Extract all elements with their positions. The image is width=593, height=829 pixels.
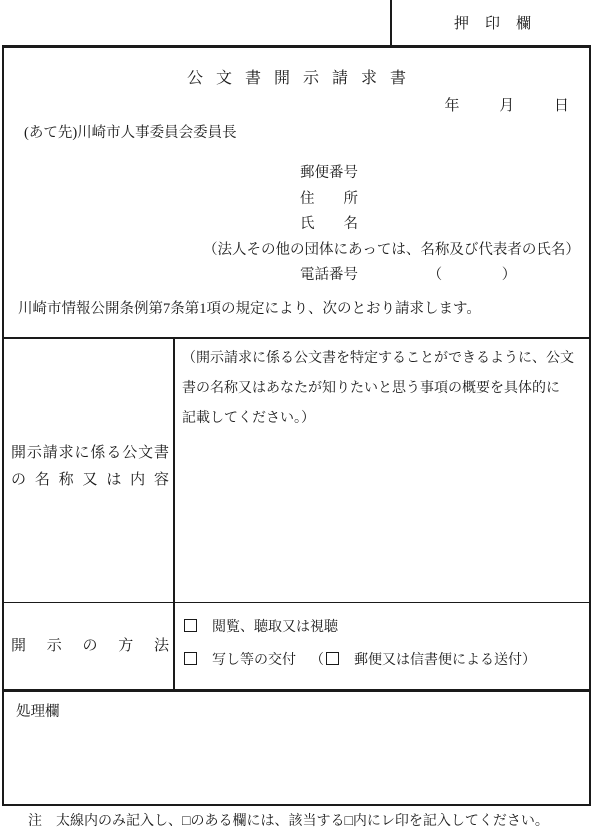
footer-note-text: 太線内のみ記入し、□のある欄には、該当する□内にレ印を記入してください。	[56, 814, 549, 829]
table-row-divider	[4, 602, 589, 603]
method-option-viewing-label: 閲覧、聴取又は視聴	[212, 620, 338, 635]
address-label: 住 所	[4, 187, 589, 213]
date-year-label: 年	[444, 98, 459, 114]
mail-suboption-label: 郵便又は信書便による送付	[354, 653, 522, 668]
name-label: 氏 名	[4, 212, 589, 238]
date-month-label: 月	[499, 94, 514, 115]
addressee-line: (あて先)川崎市人事委員会委員長	[24, 121, 237, 142]
method-option-copies-label: 写し等の交付	[212, 653, 296, 668]
applicant-contact-block: 郵便番号 住 所 氏 名 （法人その他の団体にあっては、名称及び代表者の氏名） …	[4, 161, 589, 289]
subject-instruction-line3: 記載してください。）	[182, 404, 584, 434]
subject-row-label: 開示請求に係る公文書 の名称又は内容	[11, 440, 169, 494]
table-top-rule	[4, 337, 589, 339]
main-form-box: 公文書開示請求書 年 月 日 (あて先)川崎市人事委員会委員長 郵便番号 住 所…	[2, 45, 591, 692]
form-title: 公文書開示請求書	[4, 65, 589, 88]
method-option-copies: 写し等の交付（郵便又は信書便による送付）	[184, 645, 536, 678]
processing-box: 処理欄	[2, 692, 591, 806]
postal-code-label: 郵便番号	[4, 161, 589, 187]
declaration-sentence: 川崎市情報公開条例第7条第1項の規定により、次のとおり請求します。	[18, 297, 481, 318]
stamp-box-label: 押印欄	[392, 0, 593, 45]
method-row-label: 開示の方法	[11, 634, 169, 655]
phone-paren-open: （	[428, 263, 443, 289]
subject-instruction[interactable]: （開示請求に係る公文書を特定することができるように、公文 書の名称又はあなたが知…	[182, 344, 584, 434]
method-options: 閲覧、聴取又は視聴 写し等の交付（郵便又は信書便による送付）	[184, 612, 536, 677]
table-column-divider	[173, 339, 175, 689]
method-option-viewing: 閲覧、聴取又は視聴	[184, 612, 536, 645]
checkbox-icon[interactable]	[184, 652, 197, 665]
subject-instruction-line1: （開示請求に係る公文書を特定することができるように、公文	[182, 344, 584, 374]
phone-line: 電話番号 （ ）	[4, 263, 589, 289]
phone-paren-close: ）	[502, 263, 517, 289]
phone-label: 電話番号	[300, 267, 358, 283]
footer-note-prefix: 注	[28, 814, 42, 829]
subject-label-line2: の名称又は内容	[11, 467, 169, 494]
corporate-note: （法人その他の団体にあっては、名称及び代表者の氏名）	[4, 238, 589, 264]
checkbox-icon[interactable]	[184, 619, 197, 632]
date-day-label: 日	[554, 94, 569, 115]
mail-suboption-paren-open: （	[310, 653, 324, 668]
checkbox-icon[interactable]	[326, 652, 339, 665]
mail-suboption-paren-close: ）	[522, 653, 536, 668]
subject-instruction-line2: 書の名称又はあなたが知りたいと思う事項の概要を具体的に	[182, 374, 584, 404]
processing-label: 処理欄	[16, 704, 60, 720]
disclosure-request-form: 押印欄 公文書開示請求書 年 月 日 (あて先)川崎市人事委員会委員長 郵便番号…	[0, 0, 593, 829]
subject-label-line1: 開示請求に係る公文書	[11, 440, 169, 467]
date-line: 年 月 日	[444, 94, 569, 115]
footer-note: 注太線内のみ記入し、□のある欄には、該当する□内にレ印を記入してください。	[28, 810, 549, 829]
